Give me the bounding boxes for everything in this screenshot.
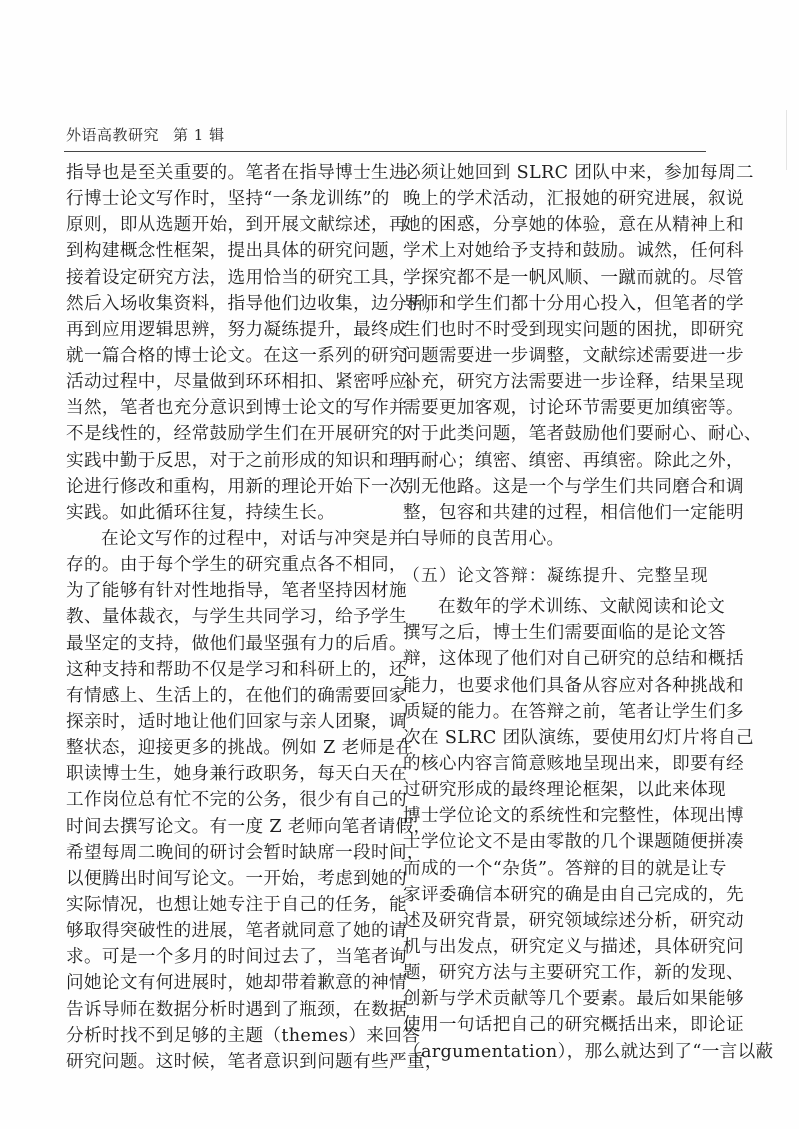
text-line: 问她论文有何进展时，她却带着歉意的神情 (66, 970, 388, 996)
text-line: 不是线性的，经常鼓励学生们在开展研究的 (66, 421, 388, 447)
text-line: 活动过程中，尽量做到环环相扣、紧密呼应。 (66, 369, 388, 395)
text-line: 实践中勤于反思，对于之前形成的知识和理 (66, 448, 388, 474)
text-line: 指导也是至关重要的。笔者在指导博士生进 (66, 160, 388, 186)
text-line: 求。可是一个多月的时间过去了，当笔者询 (66, 944, 388, 970)
text-line: 够取得突破性的进展，笔者就同意了她的请 (66, 918, 388, 944)
text-line: 告诉导师在数据分析时遇到了瓶颈，在数据 (66, 997, 388, 1023)
text-line: 最坚定的支持，做他们最坚强有力的后盾。 (66, 631, 388, 657)
text-line: 整，包容和共建的过程，相信他们一定能明 (403, 500, 708, 526)
text-line: 能力，也要求他们具备从容应对各种挑战和 (403, 673, 708, 699)
text-line: 的核心内容言简意赅地呈现出来，即要有经 (403, 751, 708, 777)
text-line: 博士学位论文的系统性和完整性，体现出博 (403, 803, 708, 829)
text-line: 题，研究方法与主要研究工作，新的发现、 (403, 960, 708, 986)
text-line: 当然，笔者也充分意识到博士论文的写作并 (66, 395, 388, 421)
text-line: 别无他路。这是一个与学生们共同磨合和调 (403, 474, 708, 500)
text-line: 以便腾出时间写论文。一开始，考虑到她的 (66, 866, 388, 892)
left-column: 指导也是至关重要的。笔者在指导博士生进行博士论文写作时，坚持“一条龙训练”的原则… (66, 160, 388, 1075)
text-line: 为了能够有针对性地指导，笔者坚持因材施 (66, 578, 388, 604)
text-line: 再到应用逻辑思辨，努力凝练提升，最终成 (66, 317, 388, 343)
paragraph: 指导也是至关重要的。笔者在指导博士生进行博士论文写作时，坚持“一条龙训练”的原则… (66, 160, 388, 526)
paragraph: 必须让她回到 SLRC 团队中来，参加每周二晚上的学术活动，汇报她的研究进展，叙… (403, 160, 708, 552)
text-line: 职读博士生，她身兼行政职务，每天白天在 (66, 761, 388, 787)
text-line: 白导师的良苦用心。 (403, 526, 708, 552)
text-line: 补充，研究方法需要进一步诠释，结果呈现 (403, 369, 708, 395)
paragraph: 在论文写作的过程中，对话与冲突是并存的。由于每个学生的研究重点各不相同，为了能够… (66, 526, 388, 1075)
text-line: 士学位论文不是由零散的几个课题随便拼凑 (403, 829, 708, 855)
scan-edge-mark (786, 110, 787, 170)
text-line: 创新与学术贡献等几个要素。最后如果能够 (403, 986, 708, 1012)
text-line: 述及研究背景，研究领域综述分析，研究动 (403, 908, 708, 934)
text-line: 接着设定研究方法，选用恰当的研究工具， (66, 265, 388, 291)
running-head: 外语高教研究第 1 辑 (66, 124, 225, 145)
text-line: 就一篇合格的博士论文。在这一系列的研究 (66, 343, 388, 369)
section-heading: （五）论文答辩：凝练提升、完整呈现 (403, 562, 708, 588)
text-line: 希望每周二晚间的研讨会暂时缺席一段时间， (66, 840, 388, 866)
text-line: 问题需要进一步调整，文献综述需要进一步 (403, 343, 708, 369)
text-line: 这种支持和帮助不仅是学习和科研上的，还 (66, 657, 388, 683)
text-line: 对于此类问题，笔者鼓励他们要耐心、耐心、 (403, 421, 708, 447)
document-page: 外语高教研究第 1 辑 指导也是至关重要的。笔者在指导博士生进行博士论文写作时，… (0, 0, 799, 1129)
text-line: 工作岗位总有忙不完的公务，很少有自己的 (66, 787, 388, 813)
text-line: 使用一句话把自己的研究概括出来，即论证 (403, 1012, 708, 1038)
text-line: 机与出发点，研究定义与描述，具体研究问 (403, 934, 708, 960)
text-line: 然后入场收集资料，指导他们边收集，边分析， (66, 291, 388, 317)
text-line: 论进行修改和重构，用新的理论开始下一次 (66, 474, 388, 500)
text-line: 实践。如此循环往复，持续生长。 (66, 500, 388, 526)
text-line: 研究问题。这时候，笔者意识到问题有些严重， (66, 1049, 388, 1075)
paragraph: 在数年的学术训练、文献阅读和论文撰写之后，博士生们需要面临的是论文答辩，这体现了… (403, 594, 708, 1065)
text-line: 行博士论文写作时，坚持“一条龙训练”的 (66, 186, 388, 212)
text-line: 过研究形成的最终理论框架，以此来体现 (403, 777, 708, 803)
text-line: 原则，即从选题开始，到开展文献综述，再 (66, 212, 388, 238)
issue-number: 第 1 辑 (173, 126, 225, 144)
text-line: 实际情况，也想让她专注于自己的任务，能 (66, 892, 388, 918)
text-line: 导师和学生们都十分用心投入，但笔者的学 (403, 291, 708, 317)
text-line: 而成的一个“杂货”。答辩的目的就是让专 (403, 856, 708, 882)
text-line: （argumentation），那么就达到了“一言以蔽 (403, 1039, 708, 1065)
text-line: 分析时找不到足够的主题（themes）来回答 (66, 1023, 388, 1049)
text-line: 生们也时不时受到现实问题的困扰，即研究 (403, 317, 708, 343)
text-line: 需要更加客观，讨论环节需要更加缜密等。 (403, 395, 708, 421)
text-line: 次在 SLRC 团队演练，要使用幻灯片将自己 (403, 725, 708, 751)
text-line: 必须让她回到 SLRC 团队中来，参加每周二 (403, 160, 708, 186)
text-line: 在数年的学术训练、文献阅读和论文 (403, 594, 708, 620)
text-line: 家评委确信本研究的确是由自己完成的，先 (403, 882, 708, 908)
text-line: 在论文写作的过程中，对话与冲突是并 (66, 526, 388, 552)
journal-title: 外语高教研究 (66, 126, 159, 144)
text-line: 时间去撰写论文。有一度 Z 老师向笔者请假， (66, 814, 388, 840)
text-line: 辩，这体现了他们对自己研究的总结和概括 (403, 646, 708, 672)
text-line: 她的困惑，分享她的体验，意在从精神上和 (403, 212, 708, 238)
text-line: 存的。由于每个学生的研究重点各不相同， (66, 552, 388, 578)
text-line: 学探究都不是一帆风顺、一蹴而就的。尽管 (403, 265, 708, 291)
text-line: 整状态，迎接更多的挑战。例如 Z 老师是在 (66, 735, 388, 761)
text-line: 再耐心；缜密、缜密、再缜密。除此之外， (403, 448, 708, 474)
text-line: 质疑的能力。在答辩之前，笔者让学生们多 (403, 699, 708, 725)
text-line: 撰写之后，博士生们需要面临的是论文答 (403, 620, 708, 646)
text-line: 学术上对她给予支持和鼓励。诚然，任何科 (403, 238, 708, 264)
text-line: 有情感上、生活上的，在他们的确需要回家 (66, 683, 388, 709)
text-line: 教、量体裁衣，与学生共同学习，给予学生 (66, 604, 388, 630)
text-line: 到构建概念性框架，提出具体的研究问题， (66, 238, 388, 264)
header-rule (64, 151, 706, 152)
right-column: 必须让她回到 SLRC 团队中来，参加每周二晚上的学术活动，汇报她的研究进展，叙… (403, 160, 708, 1065)
text-line: 探亲时，适时地让他们回家与亲人团聚，调 (66, 709, 388, 735)
text-line: 晚上的学术活动，汇报她的研究进展，叙说 (403, 186, 708, 212)
